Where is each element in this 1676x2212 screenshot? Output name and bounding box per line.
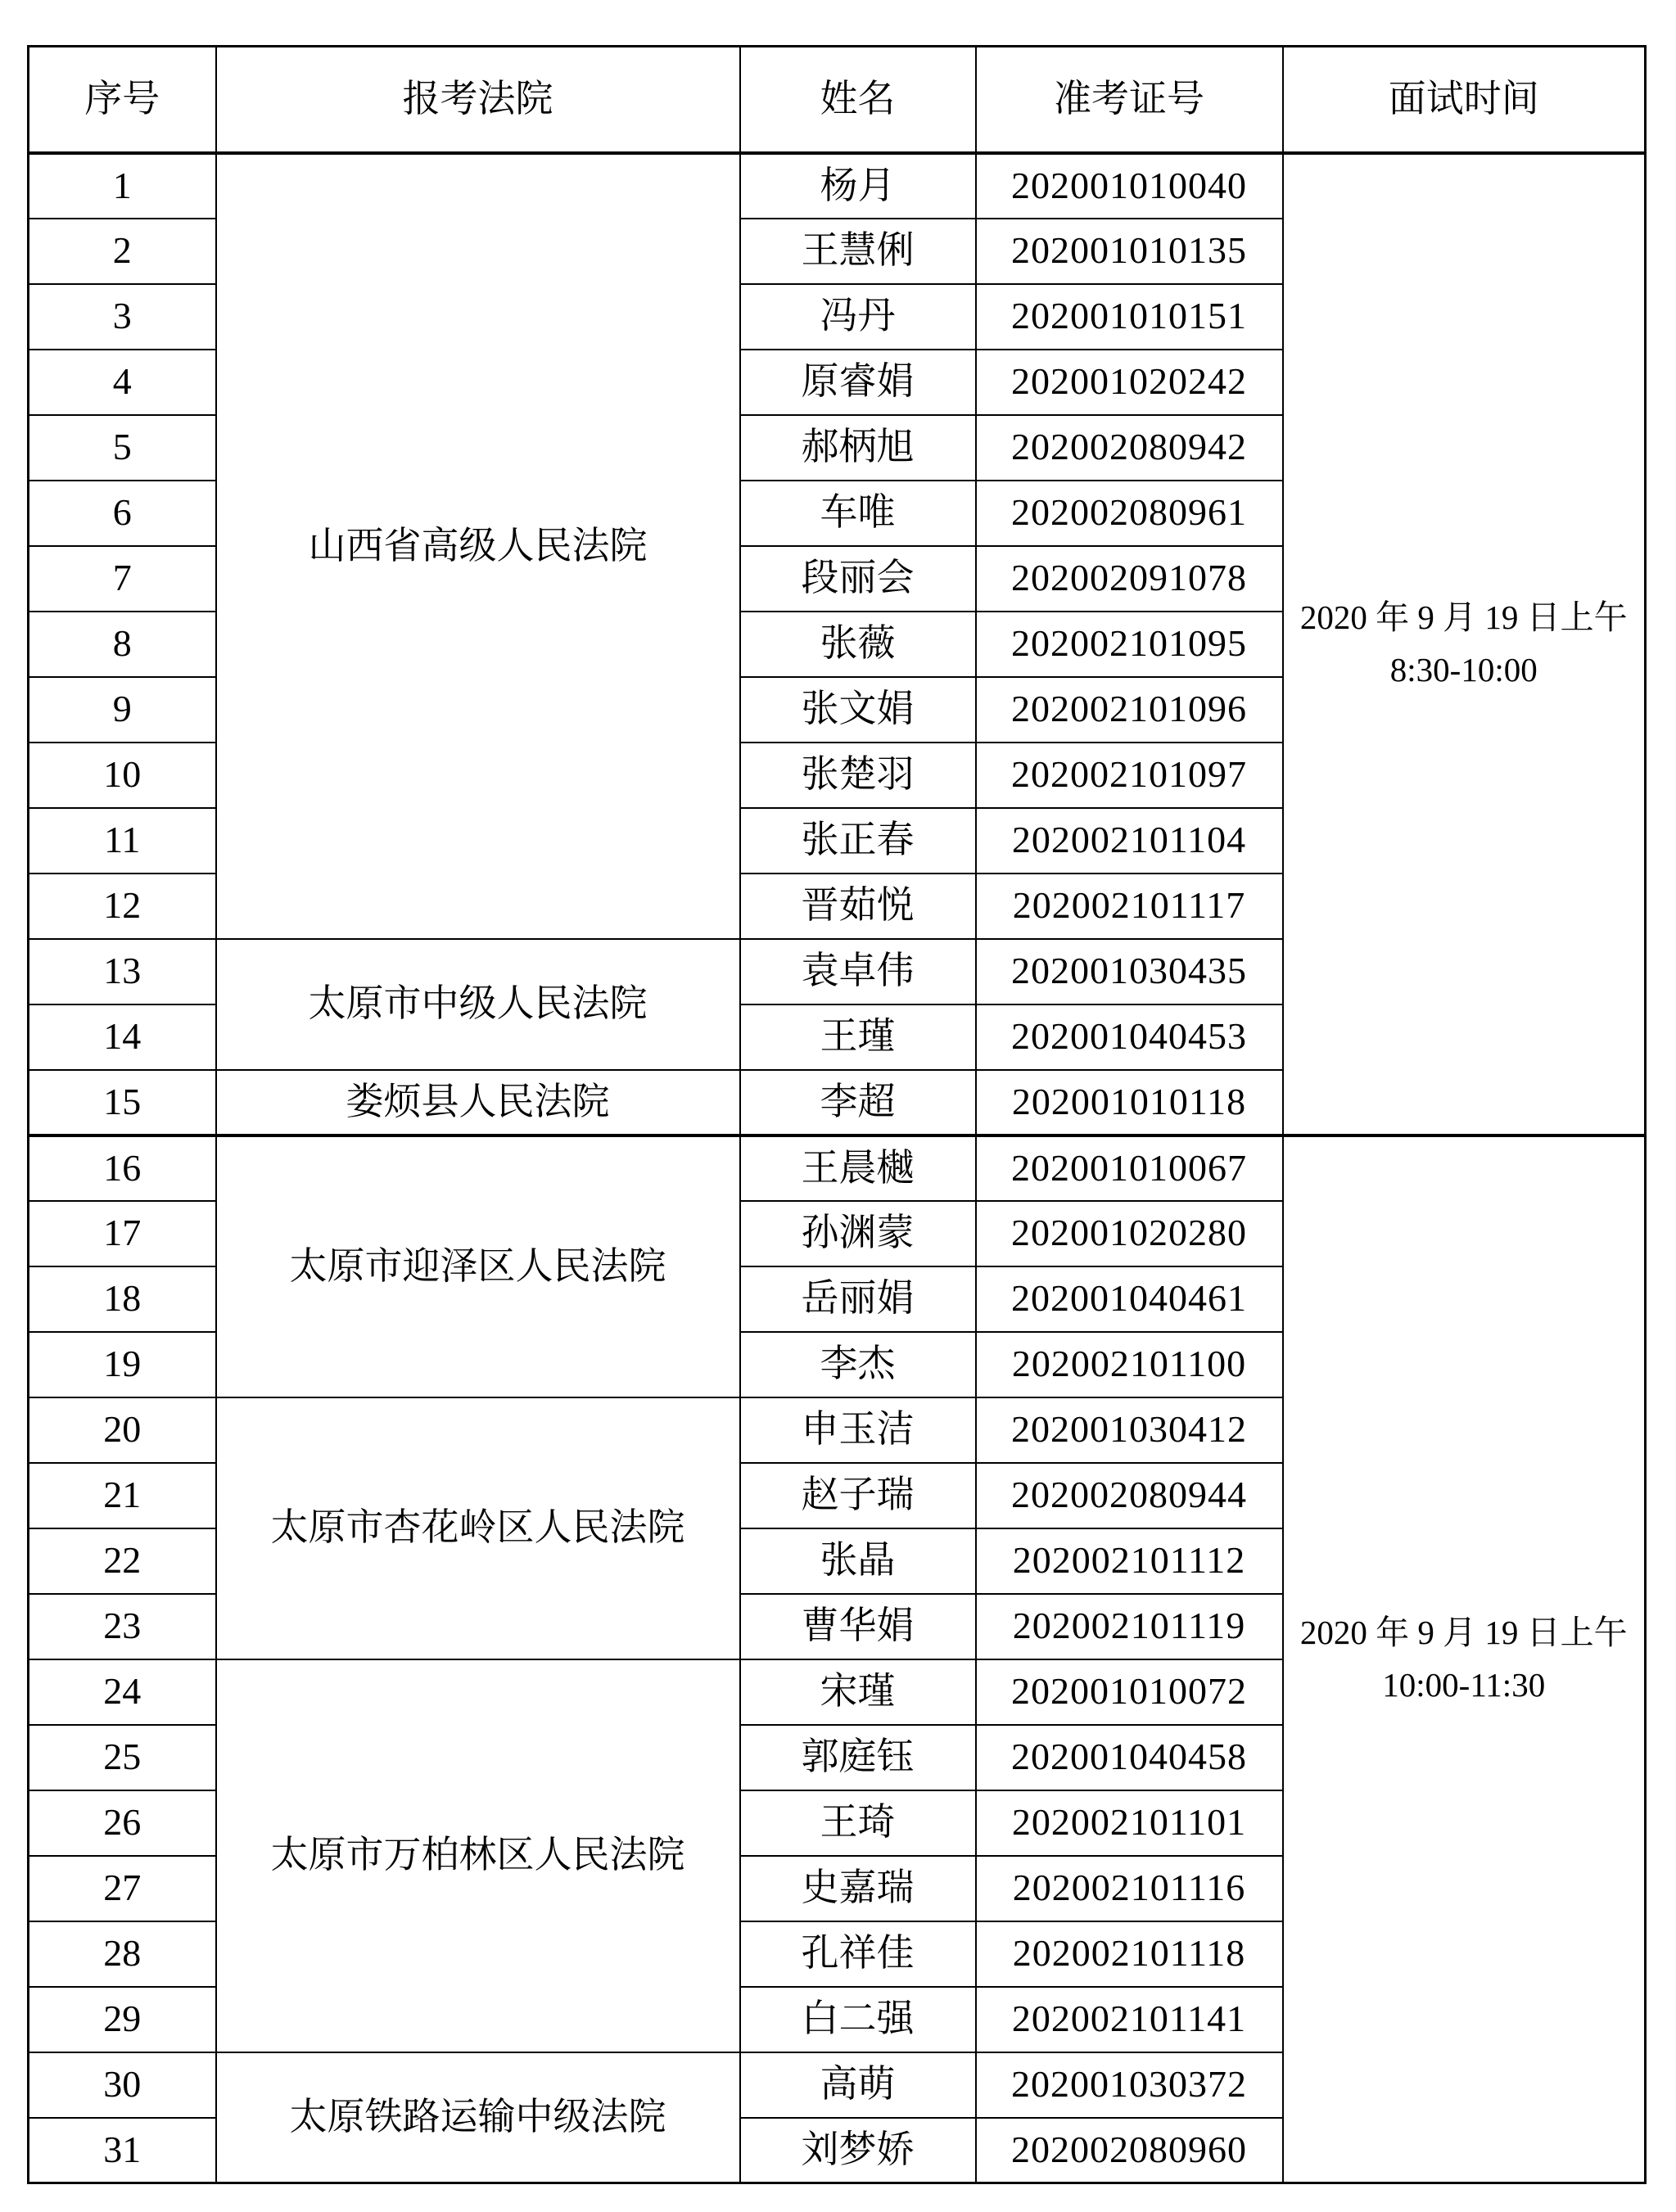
cell-seq: 13 — [29, 939, 216, 1004]
cell-name: 孙渊蒙 — [740, 1201, 976, 1266]
header-seq: 序号 — [29, 47, 216, 153]
cell-ticket: 202001030435 — [976, 939, 1283, 1004]
cell-seq: 11 — [29, 808, 216, 874]
cell-name: 原睿娟 — [740, 350, 976, 415]
cell-name: 高萌 — [740, 2052, 976, 2118]
cell-ticket: 202002101118 — [976, 1921, 1283, 1987]
interview-schedule-table: 序号 报考法院 姓名 准考证号 面试时间 1山西省高级人民法院杨月2020010… — [27, 45, 1647, 2184]
cell-court: 太原铁路运输中级法院 — [216, 2052, 740, 2183]
header-name: 姓名 — [740, 47, 976, 153]
time-date-line: 2020 年 9 月 19 日上午 — [1284, 1607, 1645, 1659]
cell-name: 郭庭钰 — [740, 1725, 976, 1790]
cell-seq: 8 — [29, 612, 216, 677]
cell-ticket: 202001010151 — [976, 284, 1283, 350]
table-row: 16太原市迎泽区人民法院王晨樾2020010100672020 年 9 月 19… — [29, 1135, 1646, 1201]
cell-name: 张晶 — [740, 1528, 976, 1594]
cell-ticket: 202002101141 — [976, 1987, 1283, 2052]
cell-seq: 14 — [29, 1004, 216, 1070]
cell-ticket: 202001030412 — [976, 1397, 1283, 1463]
table-body: 1山西省高级人民法院杨月2020010100402020 年 9 月 19 日上… — [29, 153, 1646, 2183]
cell-ticket: 202002080961 — [976, 481, 1283, 546]
cell-seq: 27 — [29, 1856, 216, 1921]
header-row: 序号 报考法院 姓名 准考证号 面试时间 — [29, 47, 1646, 153]
cell-court: 山西省高级人民法院 — [216, 153, 740, 939]
cell-ticket: 202002080960 — [976, 2118, 1283, 2183]
cell-name: 刘梦娇 — [740, 2118, 976, 2183]
cell-name: 岳丽娟 — [740, 1266, 976, 1332]
cell-seq: 25 — [29, 1725, 216, 1790]
cell-court: 太原市万柏林区人民法院 — [216, 1659, 740, 2052]
cell-ticket: 202002101101 — [976, 1790, 1283, 1856]
cell-ticket: 202001010072 — [976, 1659, 1283, 1725]
cell-name: 李超 — [740, 1070, 976, 1135]
cell-ticket: 202002091078 — [976, 546, 1283, 612]
time-date-line: 2020 年 9 月 19 日上午 — [1284, 592, 1645, 644]
cell-ticket: 202002101117 — [976, 874, 1283, 939]
cell-seq: 5 — [29, 415, 216, 481]
cell-seq: 31 — [29, 2118, 216, 2183]
cell-seq: 20 — [29, 1397, 216, 1463]
cell-ticket: 202002101100 — [976, 1332, 1283, 1397]
cell-ticket: 202001040453 — [976, 1004, 1283, 1070]
cell-seq: 7 — [29, 546, 216, 612]
cell-seq: 24 — [29, 1659, 216, 1725]
cell-seq: 2 — [29, 219, 216, 284]
cell-name: 李杰 — [740, 1332, 976, 1397]
cell-seq: 22 — [29, 1528, 216, 1594]
cell-seq: 29 — [29, 1987, 216, 2052]
cell-ticket: 202002080942 — [976, 415, 1283, 481]
header-time: 面试时间 — [1283, 47, 1646, 153]
header-court: 报考法院 — [216, 47, 740, 153]
cell-ticket: 202002080944 — [976, 1463, 1283, 1528]
cell-name: 张薇 — [740, 612, 976, 677]
cell-ticket: 202001020242 — [976, 350, 1283, 415]
cell-ticket: 202001040461 — [976, 1266, 1283, 1332]
cell-ticket: 202001010040 — [976, 153, 1283, 219]
time-range-line: 10:00-11:30 — [1284, 1659, 1645, 1712]
cell-name: 段丽会 — [740, 546, 976, 612]
cell-ticket: 202002101116 — [976, 1856, 1283, 1921]
cell-seq: 28 — [29, 1921, 216, 1987]
cell-name: 王慧俐 — [740, 219, 976, 284]
cell-name: 曹华娟 — [740, 1594, 976, 1659]
cell-seq: 19 — [29, 1332, 216, 1397]
cell-ticket: 202001010067 — [976, 1135, 1283, 1201]
cell-name: 王瑾 — [740, 1004, 976, 1070]
cell-seq: 3 — [29, 284, 216, 350]
cell-name: 王琦 — [740, 1790, 976, 1856]
cell-name: 史嘉瑞 — [740, 1856, 976, 1921]
cell-time: 2020 年 9 月 19 日上午8:30-10:00 — [1283, 153, 1646, 1135]
cell-seq: 18 — [29, 1266, 216, 1332]
cell-ticket: 202002101096 — [976, 677, 1283, 743]
cell-name: 车唯 — [740, 481, 976, 546]
cell-name: 王晨樾 — [740, 1135, 976, 1201]
cell-seq: 23 — [29, 1594, 216, 1659]
cell-seq: 12 — [29, 874, 216, 939]
cell-name: 张楚羽 — [740, 743, 976, 808]
cell-name: 白二强 — [740, 1987, 976, 2052]
cell-ticket: 202002101119 — [976, 1594, 1283, 1659]
cell-court: 娄烦县人民法院 — [216, 1070, 740, 1135]
cell-seq: 17 — [29, 1201, 216, 1266]
cell-ticket: 202002101104 — [976, 808, 1283, 874]
cell-ticket: 202002101097 — [976, 743, 1283, 808]
header-ticket: 准考证号 — [976, 47, 1283, 153]
cell-name: 宋瑾 — [740, 1659, 976, 1725]
cell-name: 赵子瑞 — [740, 1463, 976, 1528]
cell-court: 太原市杏花岭区人民法院 — [216, 1397, 740, 1659]
cell-seq: 30 — [29, 2052, 216, 2118]
cell-seq: 9 — [29, 677, 216, 743]
cell-seq: 26 — [29, 1790, 216, 1856]
cell-name: 袁卓伟 — [740, 939, 976, 1004]
cell-name: 张文娟 — [740, 677, 976, 743]
cell-name: 郝柄旭 — [740, 415, 976, 481]
cell-name: 申玉洁 — [740, 1397, 976, 1463]
cell-seq: 16 — [29, 1135, 216, 1201]
cell-name: 冯丹 — [740, 284, 976, 350]
cell-name: 晋茹悦 — [740, 874, 976, 939]
cell-seq: 21 — [29, 1463, 216, 1528]
cell-ticket: 202001010135 — [976, 219, 1283, 284]
cell-seq: 1 — [29, 153, 216, 219]
cell-ticket: 202001040458 — [976, 1725, 1283, 1790]
cell-ticket: 202001020280 — [976, 1201, 1283, 1266]
cell-seq: 6 — [29, 481, 216, 546]
table-row: 1山西省高级人民法院杨月2020010100402020 年 9 月 19 日上… — [29, 153, 1646, 219]
cell-court: 太原市中级人民法院 — [216, 939, 740, 1070]
cell-ticket: 202002101095 — [976, 612, 1283, 677]
cell-seq: 4 — [29, 350, 216, 415]
cell-name: 杨月 — [740, 153, 976, 219]
cell-seq: 15 — [29, 1070, 216, 1135]
cell-ticket: 202002101112 — [976, 1528, 1283, 1594]
cell-time: 2020 年 9 月 19 日上午10:00-11:30 — [1283, 1135, 1646, 2183]
cell-name: 孔祥佳 — [740, 1921, 976, 1987]
cell-court: 太原市迎泽区人民法院 — [216, 1135, 740, 1397]
document-page: 序号 报考法院 姓名 准考证号 面试时间 1山西省高级人民法院杨月2020010… — [0, 0, 1676, 2212]
cell-ticket: 202001030372 — [976, 2052, 1283, 2118]
time-range-line: 8:30-10:00 — [1284, 644, 1645, 697]
cell-ticket: 202001010118 — [976, 1070, 1283, 1135]
cell-name: 张正春 — [740, 808, 976, 874]
cell-seq: 10 — [29, 743, 216, 808]
